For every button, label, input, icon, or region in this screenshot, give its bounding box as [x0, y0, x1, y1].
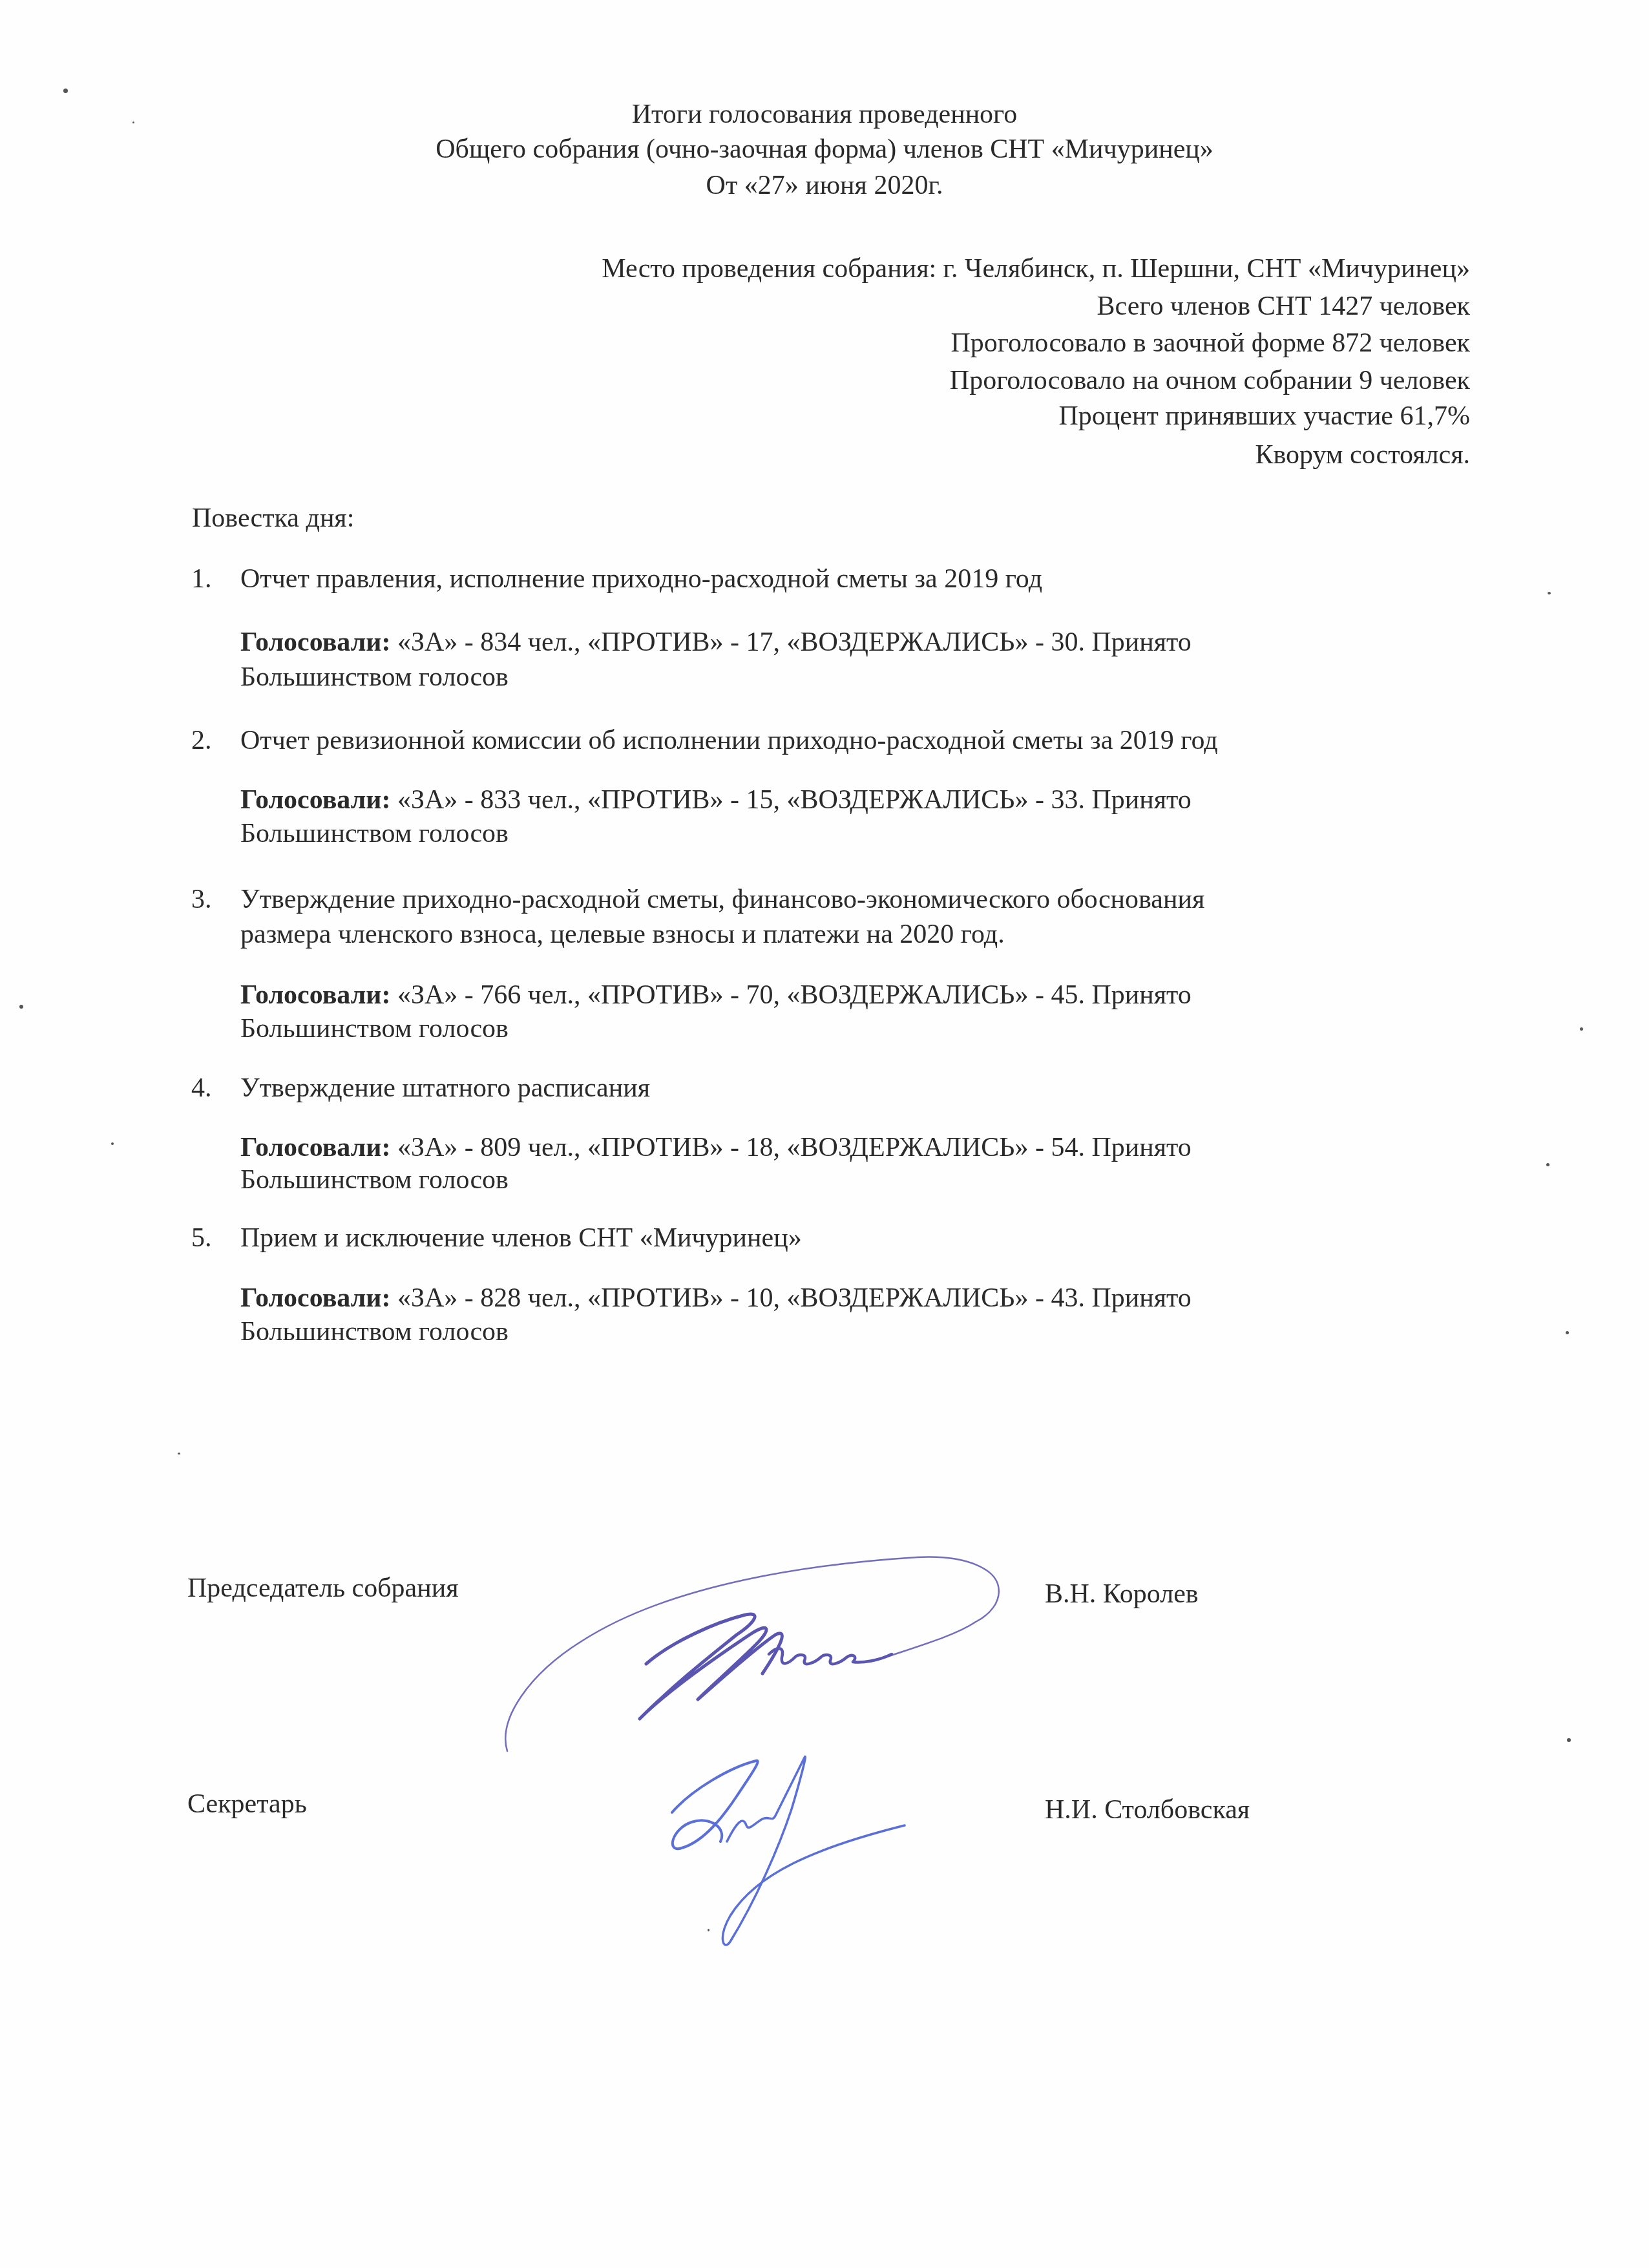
vote-result: Голосовали: «ЗА» - 809 чел., «ПРОТИВ» - …	[240, 1131, 1192, 1164]
secretary-name: Н.И. Столбовская	[1045, 1793, 1250, 1827]
vote-result: Голосовали: «ЗА» - 834 чел., «ПРОТИВ» - …	[240, 625, 1192, 659]
item-number: 1.	[191, 562, 212, 596]
vote-decision: Большинством голосов	[240, 817, 509, 850]
item-title: Утверждение приходно-расходной сметы, фи…	[240, 883, 1204, 916]
agenda-heading: Повестка дня:	[192, 501, 354, 535]
vote-counts: «ЗА» - 828 чел., «ПРОТИВ» - 10, «ВОЗДЕРЖ…	[390, 1283, 1191, 1313]
item-number: 4.	[191, 1071, 212, 1105]
vote-label: Голосовали:	[240, 1133, 390, 1162]
vote-decision: Большинством голосов	[240, 1315, 509, 1349]
vote-counts: «ЗА» - 766 чел., «ПРОТИВ» - 70, «ВОЗДЕРЖ…	[390, 980, 1191, 1010]
vote-decision: Большинством голосов	[240, 660, 509, 694]
scan-speck	[1566, 1331, 1569, 1334]
item-title: Отчет правления, исполнение приходно-рас…	[240, 562, 1042, 596]
vote-counts: «ЗА» - 834 чел., «ПРОТИВ» - 17, «ВОЗДЕРЖ…	[390, 627, 1191, 657]
vote-decision: Большинством голосов	[240, 1163, 509, 1197]
scan-speck	[1567, 1738, 1571, 1742]
vote-counts: «ЗА» - 833 чел., «ПРОТИВ» - 15, «ВОЗДЕРЖ…	[390, 785, 1191, 815]
title-line-1: Итоги голосования проведенного	[0, 98, 1649, 131]
meeting-place: Место проведения собрания: г. Челябинск,…	[602, 252, 1470, 286]
scan-speck	[708, 1929, 709, 1931]
scan-speck	[178, 1453, 180, 1454]
title-line-2: Общего собрания (очно-заочная форма) чле…	[0, 132, 1649, 166]
item-title-cont: размера членского взноса, целевые взносы…	[240, 918, 1005, 951]
vote-label: Голосовали:	[240, 785, 390, 815]
scan-speck	[1548, 592, 1551, 594]
chair-name: В.Н. Королев	[1045, 1577, 1199, 1611]
scan-speck	[63, 89, 68, 93]
title-date: От «27» июня 2020г.	[0, 169, 1649, 202]
total-members: Всего членов СНТ 1427 человек	[1097, 289, 1470, 323]
item-title: Отчет ревизионной комиссии об исполнении…	[240, 724, 1218, 757]
quorum-status: Кворум состоялся.	[1255, 438, 1470, 472]
scan-speck	[132, 121, 134, 123]
vote-result: Голосовали: «ЗА» - 833 чел., «ПРОТИВ» - …	[240, 783, 1192, 817]
vote-label: Голосовали:	[240, 627, 390, 657]
item-title: Утверждение штатного расписания	[240, 1071, 650, 1105]
vote-counts: «ЗА» - 809 чел., «ПРОТИВ» - 18, «ВОЗДЕРЖ…	[390, 1133, 1191, 1162]
vote-decision: Большинством голосов	[240, 1012, 509, 1045]
secretary-signature	[666, 1751, 911, 1951]
item-number: 3.	[191, 883, 212, 916]
item-number: 2.	[191, 724, 212, 757]
voted-in-person: Проголосовало на очном собрании 9 челове…	[950, 364, 1470, 397]
secretary-role: Секретарь	[187, 1787, 307, 1821]
chair-signature	[504, 1525, 1086, 1758]
scan-speck	[1546, 1163, 1549, 1166]
scan-speck	[111, 1142, 114, 1145]
item-title: Прием и исключение членов СНТ «Мичуринец…	[240, 1221, 802, 1255]
voted-absentee: Проголосовало в заочной форме 872 челове…	[951, 326, 1470, 360]
vote-result: Голосовали: «ЗА» - 828 чел., «ПРОТИВ» - …	[240, 1281, 1192, 1315]
item-number: 5.	[191, 1221, 212, 1255]
participation-percent: Процент принявших участие 61,7%	[1058, 399, 1470, 433]
vote-label: Голосовали:	[240, 1283, 390, 1313]
scan-speck	[19, 1005, 23, 1009]
vote-result: Голосовали: «ЗА» - 766 чел., «ПРОТИВ» - …	[240, 978, 1192, 1012]
chair-role: Председатель собрания	[187, 1571, 459, 1605]
scan-speck	[1580, 1027, 1583, 1031]
vote-label: Голосовали:	[240, 980, 390, 1010]
